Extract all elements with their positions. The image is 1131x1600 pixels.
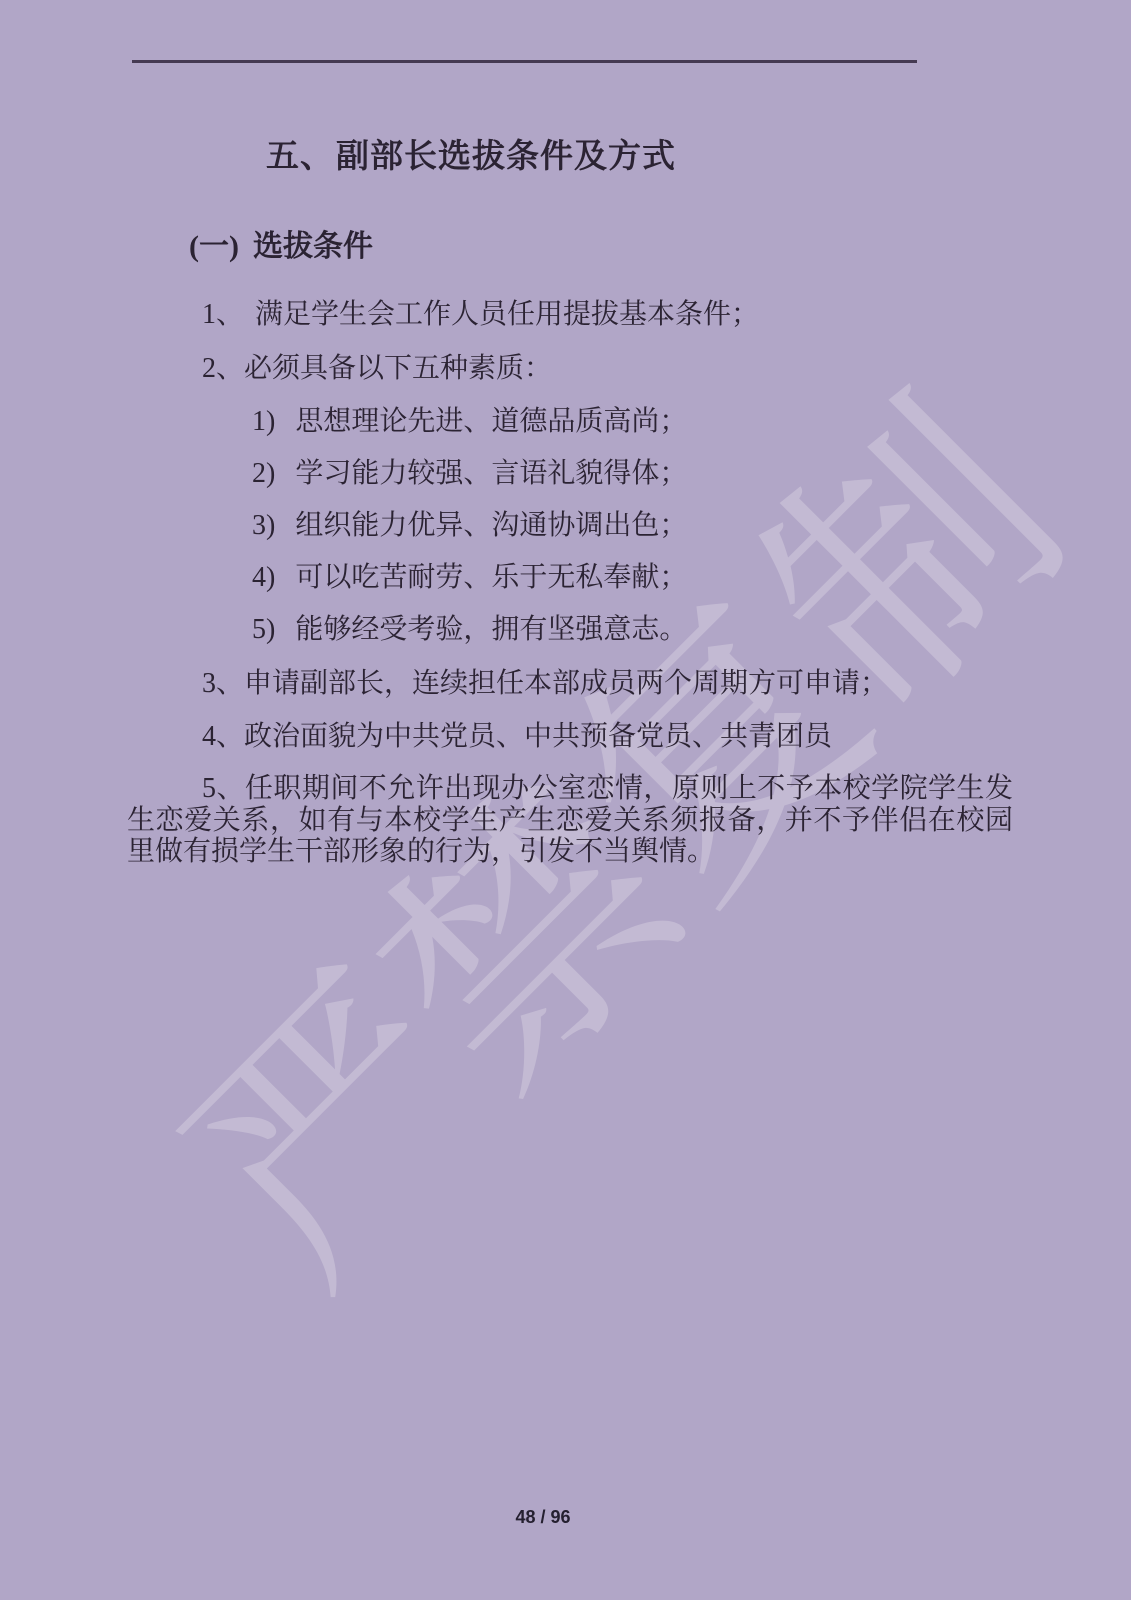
chapter-heading: 五、副部长选拔条件及方式 xyxy=(266,130,676,177)
list-item-marker: 2、 xyxy=(202,346,244,386)
header-rule xyxy=(132,60,917,63)
list-item: 2、必须具备以下五种素质： xyxy=(202,346,552,386)
sub-list-item-text: 学习能力较强、言语礼貌得体； xyxy=(295,458,687,489)
sub-list-item: 1)思想理论先进、道德品质高尚； xyxy=(252,399,687,439)
sub-list-item-text: 能够经受考验，拥有坚强意志。 xyxy=(295,614,687,645)
sub-list-item-text: 组织能力优异、沟通协调出色； xyxy=(295,510,687,541)
list-item-text: 必须具备以下五种素质： xyxy=(244,353,552,384)
list-item: 1、满足学生会工作人员任用提拔基本条件； xyxy=(202,292,759,332)
sub-list-item-marker: 2) xyxy=(252,458,275,490)
section-title: 选拔条件 xyxy=(253,230,373,263)
list-item-paragraph: 5、任职期间不允许出现办公室恋情，原则上不予本校学院学生发生恋爱关系，如有与本校… xyxy=(127,773,1013,868)
document-page: 严禁复制 五、副部长选拔条件及方式 (一)选拔条件 1、满足学生会工作人员任用提… xyxy=(0,0,1131,1600)
list-item: 3、申请副部长，连续担任本部成员两个周期方可申请； xyxy=(202,661,888,701)
list-item-marker: 4、 xyxy=(202,714,244,754)
sub-list-item-text: 思想理论先进、道德品质高尚； xyxy=(295,406,687,437)
sub-list-item-marker: 5) xyxy=(252,614,275,646)
chapter-number: 五、 xyxy=(266,139,334,175)
list-item-text: 满足学生会工作人员任用提拔基本条件； xyxy=(255,299,759,330)
section-number: (一) xyxy=(189,230,239,263)
sub-list-item-marker: 4) xyxy=(252,562,275,594)
list-item-marker: 1、 xyxy=(202,292,244,332)
chapter-title: 副部长选拔条件及方式 xyxy=(336,139,676,175)
list-item-text: 政治面貌为中共党员、中共预备党员、共青团员 xyxy=(244,721,832,752)
list-item-text: 申请副部长，连续担任本部成员两个周期方可申请； xyxy=(244,668,888,699)
sub-list-item: 5)能够经受考验，拥有坚强意志。 xyxy=(252,607,687,647)
sub-list-item-marker: 1) xyxy=(252,406,275,438)
section-heading: (一)选拔条件 xyxy=(189,221,373,265)
sub-list-item: 4)可以吃苦耐劳、乐于无私奉献； xyxy=(252,555,687,595)
sub-list-item: 2)学习能力较强、言语礼貌得体； xyxy=(252,451,687,491)
list-item: 4、政治面貌为中共党员、中共预备党员、共青团员 xyxy=(202,714,832,754)
sub-list-item-marker: 3) xyxy=(252,510,275,542)
page-number: 48 / 96 xyxy=(0,1507,1086,1528)
sub-list-item-text: 可以吃苦耐劳、乐于无私奉献； xyxy=(295,562,687,593)
list-item-marker: 3、 xyxy=(202,661,244,701)
sub-list-item: 3)组织能力优异、沟通协调出色； xyxy=(252,503,687,543)
